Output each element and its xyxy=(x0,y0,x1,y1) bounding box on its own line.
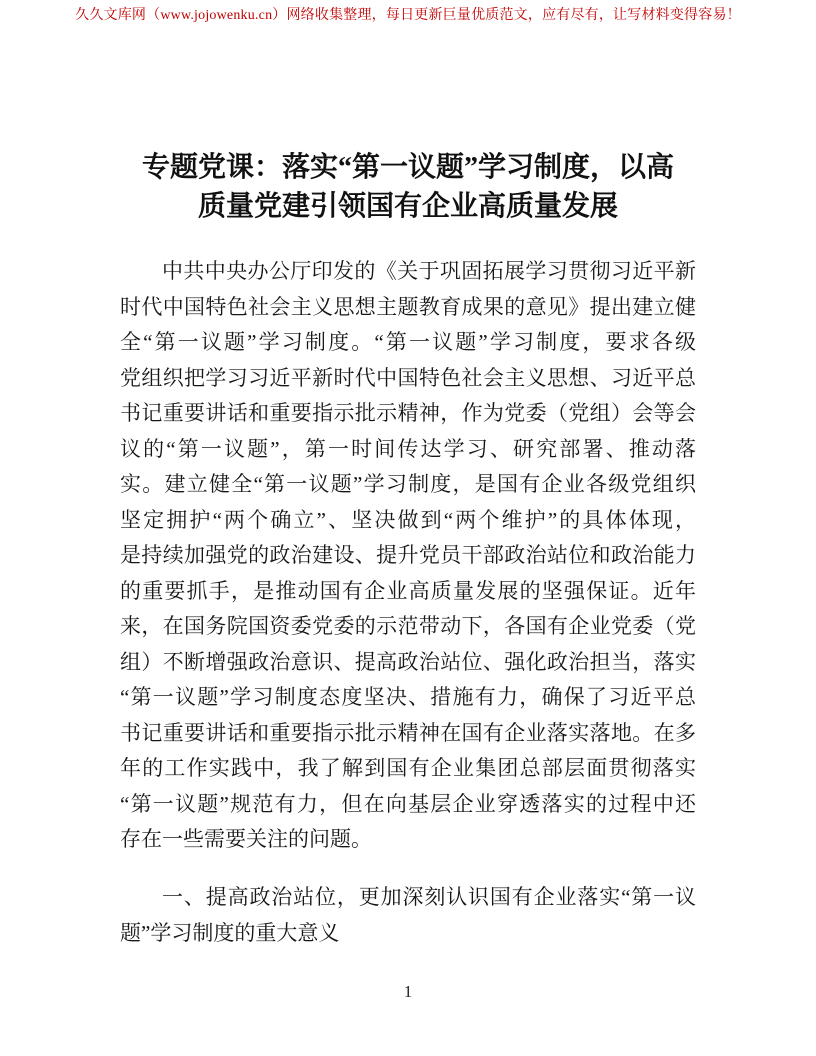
site-watermark-header: 久久文库网（www.jojowenku.cn）网络收集整理，每日更新巨量优质范文… xyxy=(0,7,816,25)
text-line: “第一议题”规范有力，但在向基层企业穿透落实的过程中还 xyxy=(120,787,696,823)
text-line: 中共中央办公厅印发的《关于巩固拓展学习贯彻习近平新 xyxy=(120,254,696,290)
text-line: 的重要抓手，是推动国有企业高质量发展的坚强保证。近年 xyxy=(120,574,696,610)
text-line: 党组织把学习习近平新时代中国特色社会主义思想、习近平总 xyxy=(120,361,696,397)
text-line: 存在一些需要关注的问题。 xyxy=(120,822,696,858)
text-line: 坚定拥护“两个确立”、坚决做到“两个维护”的具体体现， xyxy=(120,503,696,539)
body-paragraph: 中共中央办公厅印发的《关于巩固拓展学习贯彻习近平新时代中国特色社会主义思想主题教… xyxy=(120,254,696,858)
title-line: 质量党建引领国有企业高质量发展 xyxy=(108,187,708,226)
text-line: 全“第一议题”学习制度。“第一议题”学习制度，要求各级 xyxy=(120,325,696,361)
text-line: 来，在国务院国资委党委的示范带动下，各国有企业党委（党 xyxy=(120,609,696,645)
text-line: 实。建立健全“第一议题”学习制度，是国有企业各级党组织 xyxy=(120,467,696,503)
document-title: 专题党课：落实“第一议题”学习制度，以高质量党建引领国有企业高质量发展 xyxy=(108,148,708,226)
document-page: 久久文库网（www.jojowenku.cn）网络收集整理，每日更新巨量优质范文… xyxy=(0,0,816,1056)
text-line: 议的“第一议题”，第一时间传达学习、研究部署、推动落 xyxy=(120,432,696,468)
text-line: 书记重要讲话和重要指示批示精神，作为党委（党组）会等会 xyxy=(120,396,696,432)
text-line: 是持续加强党的政治建设、提升党员干部政治站位和政治能力 xyxy=(120,538,696,574)
text-line: 书记重要讲话和重要指示批示精神在国有企业落实落地。在多 xyxy=(120,716,696,752)
title-line: 专题党课：落实“第一议题”学习制度，以高 xyxy=(108,148,708,187)
section-1-heading: 一、提高政治站位，更加深刻认识国有企业落实“第一议题”学习制度的重大意义 xyxy=(120,880,696,951)
page-footer: 1 xyxy=(0,981,816,1003)
text-line: 时代中国特色社会主义思想主题教育成果的意见》提出建立健 xyxy=(120,290,696,326)
text-line: 年的工作实践中，我了解到国有企业集团总部层面贯彻落实 xyxy=(120,751,696,787)
heading-line: 题”学习制度的重大意义 xyxy=(120,916,696,952)
heading-line: 一、提高政治站位，更加深刻认识国有企业落实“第一议 xyxy=(120,880,696,916)
text-line: 组）不断增强政治意识、提高政治站位、强化政治担当，落实 xyxy=(120,645,696,681)
page-number: 1 xyxy=(404,982,413,1001)
text-line: “第一议题”学习制度态度坚决、措施有力，确保了习近平总 xyxy=(120,680,696,716)
